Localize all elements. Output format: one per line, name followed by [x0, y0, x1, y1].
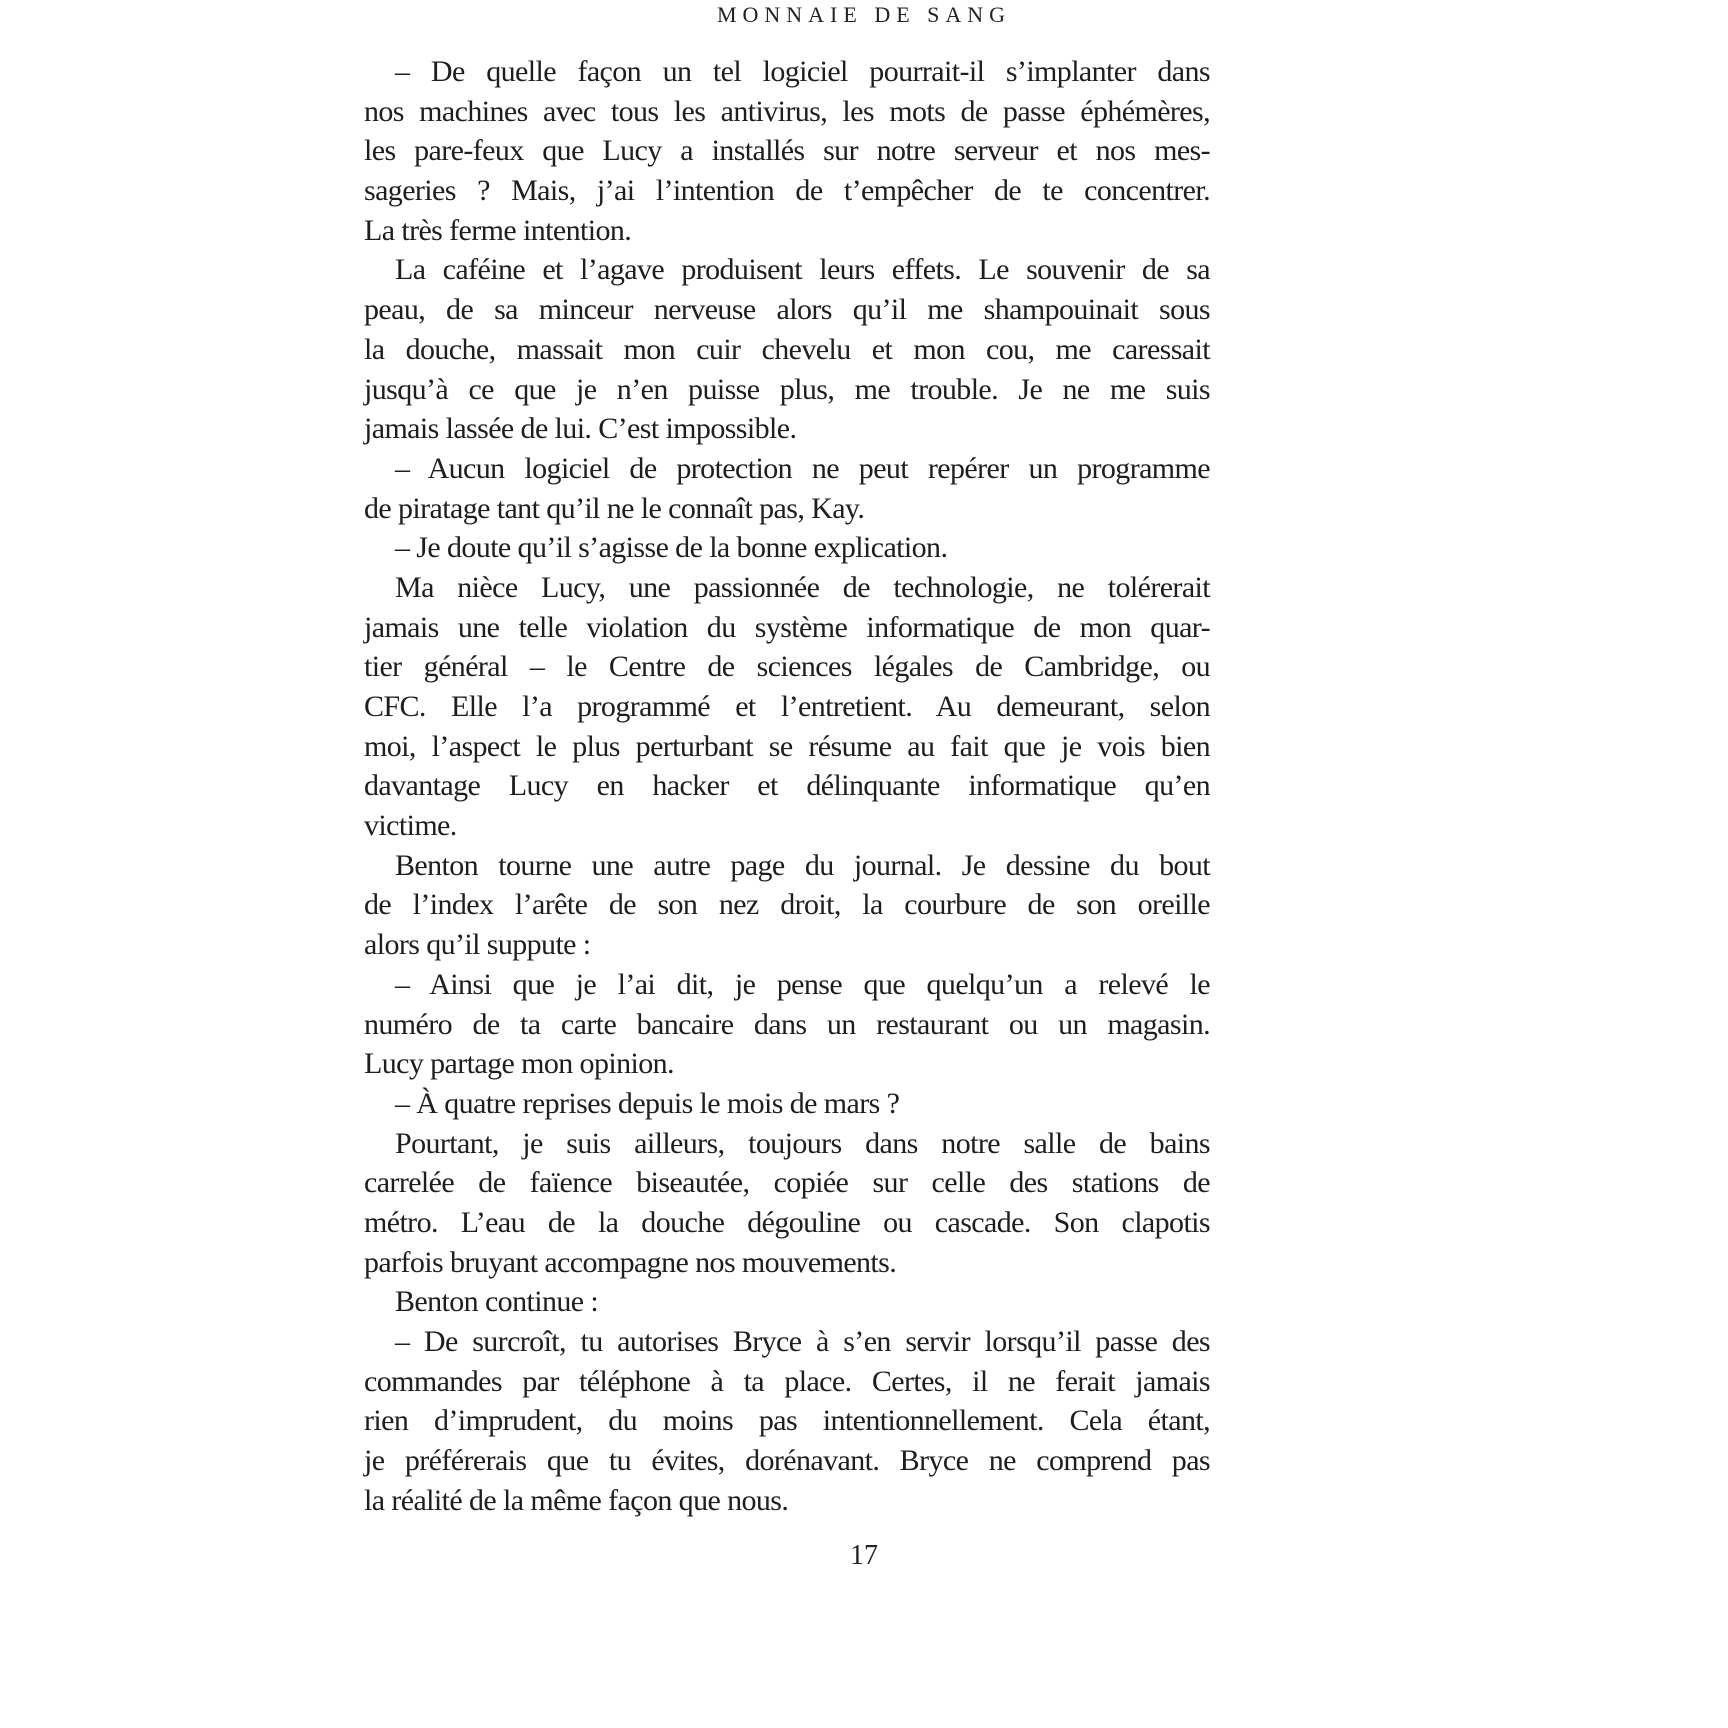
text-line: de l’index l’arête de son nez droit, la … — [364, 885, 1210, 925]
text-line: – De surcroît, tu autorises Bryce à s’en… — [364, 1322, 1210, 1362]
text-line: tier général – le Centre de sciences lég… — [364, 647, 1210, 687]
text-line: métro. L’eau de la douche dégouline ou c… — [364, 1203, 1210, 1243]
text-line: – Ainsi que je l’ai dit, je pense que qu… — [364, 965, 1210, 1005]
text-line: La très ferme intention. — [364, 211, 1210, 251]
text-line: davantage Lucy en hacker et délinquante … — [364, 766, 1210, 806]
text-line: victime. — [364, 806, 1210, 846]
text-line: peau, de sa minceur nerveuse alors qu’il… — [364, 290, 1210, 330]
text-line: rien d’imprudent, du moins pas intention… — [364, 1401, 1210, 1441]
text-line: numéro de ta carte bancaire dans un rest… — [364, 1005, 1210, 1045]
running-head: MONNAIE DE SANG — [0, 2, 1728, 28]
text-line: de piratage tant qu’il ne le connaît pas… — [364, 489, 1210, 529]
text-line: – Je doute qu’il s’agisse de la bonne ex… — [364, 528, 1210, 568]
book-page: MONNAIE DE SANG – De quelle façon un tel… — [0, 0, 1728, 1728]
text-line: les pare-feux que Lucy a installés sur n… — [364, 131, 1210, 171]
body-text: – De quelle façon un tel logiciel pourra… — [364, 52, 1210, 1520]
text-line: La caféine et l’agave produisent leurs e… — [364, 250, 1210, 290]
text-line: – De quelle façon un tel logiciel pourra… — [364, 52, 1210, 92]
text-line: Pourtant, je suis ailleurs, toujours dan… — [364, 1124, 1210, 1164]
text-line: la douche, massait mon cuir chevelu et m… — [364, 330, 1210, 370]
text-line: Benton continue : — [364, 1282, 1210, 1322]
text-line: sageries ? Mais, j’ai l’intention de t’e… — [364, 171, 1210, 211]
text-line: – Aucun logiciel de protection ne peut r… — [364, 449, 1210, 489]
text-line: alors qu’il suppute : — [364, 925, 1210, 965]
text-line: Ma nièce Lucy, une passionnée de technol… — [364, 568, 1210, 608]
text-line: CFC. Elle l’a programmé et l’entretient.… — [364, 687, 1210, 727]
text-line: nos machines avec tous les antivirus, le… — [364, 92, 1210, 132]
text-line: jusqu’à ce que je n’en puisse plus, me t… — [364, 370, 1210, 410]
text-line: parfois bruyant accompagne nos mouvement… — [364, 1243, 1210, 1283]
text-line: Lucy partage mon opinion. — [364, 1044, 1210, 1084]
text-line: jamais lassée de lui. C’est impossible. — [364, 409, 1210, 449]
text-line: – À quatre reprises depuis le mois de ma… — [364, 1084, 1210, 1124]
text-line: moi, l’aspect le plus perturbant se résu… — [364, 727, 1210, 767]
text-line: je préférerais que tu évites, dorénavant… — [364, 1441, 1210, 1481]
text-line: Benton tourne une autre page du journal.… — [364, 846, 1210, 886]
text-line: commandes par téléphone à ta place. Cert… — [364, 1362, 1210, 1402]
text-line: la réalité de la même façon que nous. — [364, 1481, 1210, 1521]
page-number: 17 — [0, 1540, 1728, 1572]
text-line: jamais une telle violation du système in… — [364, 608, 1210, 648]
text-line: carrelée de faïence biseautée, copiée su… — [364, 1163, 1210, 1203]
